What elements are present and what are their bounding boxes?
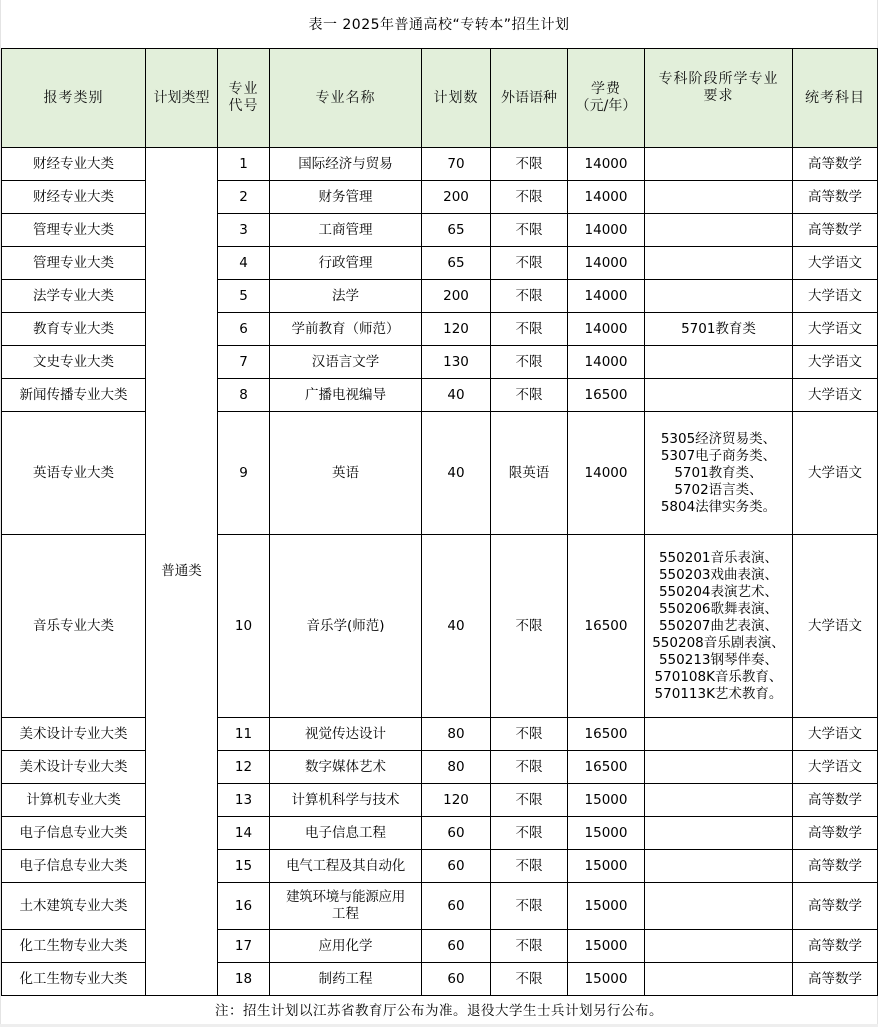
requirement-line: 5804法律实务类。 — [645, 499, 792, 516]
cell-code: 16 — [218, 883, 270, 930]
cell-requirement — [645, 817, 793, 850]
table-row: 教育专业大类 6 学前教育（师范） 120 不限 14000 5701教育类 大… — [2, 313, 878, 346]
cell-major: 制药工程 — [270, 963, 422, 996]
cell-language: 不限 — [491, 784, 568, 817]
requirement-line: 550201音乐表演、 — [645, 550, 792, 567]
cell-category: 英语专业大类 — [2, 412, 146, 535]
cell-quota: 60 — [422, 930, 491, 963]
requirement-line: 550208音乐剧表演、 — [645, 635, 792, 652]
cell-requirement — [645, 247, 793, 280]
cell-major: 国际经济与贸易 — [270, 148, 422, 181]
cell-quota: 130 — [422, 346, 491, 379]
cell-quota: 65 — [422, 247, 491, 280]
cell-exam: 大学语文 — [793, 313, 878, 346]
cell-category: 文史专业大类 — [2, 346, 146, 379]
cell-quota: 60 — [422, 883, 491, 930]
cell-code: 10 — [218, 535, 270, 718]
cell-exam: 高等数学 — [793, 883, 878, 930]
requirement-line: 550204表演艺术、 — [645, 584, 792, 601]
cell-language: 不限 — [491, 181, 568, 214]
cell-quota: 40 — [422, 379, 491, 412]
header-tuition: 学费 （元/年） — [568, 49, 645, 148]
cell-tuition: 14000 — [568, 313, 645, 346]
cell-requirement — [645, 148, 793, 181]
cell-quota: 80 — [422, 718, 491, 751]
cell-category: 教育专业大类 — [2, 313, 146, 346]
header-requirement-line-2: 要求 — [645, 88, 792, 105]
major-line-2: 工程 — [270, 906, 421, 923]
table-row: 文史专业大类 7 汉语言文学 130 不限 14000 大学语文 — [2, 346, 878, 379]
cell-category: 电子信息专业大类 — [2, 817, 146, 850]
requirement-line: 570108K音乐教育、 — [645, 669, 792, 686]
requirement-line: 570113K艺术教育。 — [645, 686, 792, 703]
cell-quota: 60 — [422, 963, 491, 996]
cell-major: 建筑环境与能源应用 工程 — [270, 883, 422, 930]
table-row: 化工生物专业大类 18 制药工程 60 不限 15000 高等数学 — [2, 963, 878, 996]
cell-category: 化工生物专业大类 — [2, 930, 146, 963]
cell-requirement — [645, 181, 793, 214]
table-row: 英语专业大类 9 英语 40 限英语 14000 5305经济贸易类、 5307… — [2, 412, 878, 535]
cell-major: 音乐学(师范) — [270, 535, 422, 718]
cell-exam: 大学语文 — [793, 280, 878, 313]
cell-exam: 高等数学 — [793, 148, 878, 181]
cell-exam: 大学语文 — [793, 412, 878, 535]
enrollment-plan-table: 报考类别 计划类型 专业 代号 专业名称 计划数 外语语种 学费 （元/年） 专… — [1, 48, 878, 996]
cell-language: 不限 — [491, 963, 568, 996]
cell-code: 6 — [218, 313, 270, 346]
cell-quota: 60 — [422, 817, 491, 850]
cell-requirement — [645, 280, 793, 313]
cell-quota: 65 — [422, 214, 491, 247]
cell-tuition: 14000 — [568, 181, 645, 214]
cell-category: 财经专业大类 — [2, 148, 146, 181]
cell-exam: 大学语文 — [793, 535, 878, 718]
cell-code: 8 — [218, 379, 270, 412]
cell-tuition: 16500 — [568, 535, 645, 718]
cell-exam: 高等数学 — [793, 784, 878, 817]
cell-code: 4 — [218, 247, 270, 280]
cell-exam: 高等数学 — [793, 963, 878, 996]
cell-code: 11 — [218, 718, 270, 751]
cell-major: 工商管理 — [270, 214, 422, 247]
cell-language: 不限 — [491, 883, 568, 930]
cell-category: 新闻传播专业大类 — [2, 379, 146, 412]
cell-language: 不限 — [491, 817, 568, 850]
cell-quota: 200 — [422, 181, 491, 214]
requirement-line: 550207曲艺表演、 — [645, 618, 792, 635]
cell-code: 17 — [218, 930, 270, 963]
cell-tuition: 16500 — [568, 718, 645, 751]
cell-exam: 高等数学 — [793, 181, 878, 214]
cell-tuition: 15000 — [568, 817, 645, 850]
cell-quota: 40 — [422, 412, 491, 535]
cell-tuition: 16500 — [568, 751, 645, 784]
cell-exam: 大学语文 — [793, 346, 878, 379]
cell-category: 计算机专业大类 — [2, 784, 146, 817]
cell-requirement — [645, 883, 793, 930]
cell-language: 不限 — [491, 247, 568, 280]
cell-category: 美术设计专业大类 — [2, 718, 146, 751]
requirement-line: 550203戏曲表演、 — [645, 567, 792, 584]
cell-requirement — [645, 718, 793, 751]
cell-category: 管理专业大类 — [2, 214, 146, 247]
cell-requirement — [645, 346, 793, 379]
cell-category: 化工生物专业大类 — [2, 963, 146, 996]
requirement-line: 5701教育类、 — [645, 465, 792, 482]
cell-category: 管理专业大类 — [2, 247, 146, 280]
cell-language: 不限 — [491, 346, 568, 379]
cell-requirement: 550201音乐表演、 550203戏曲表演、 550204表演艺术、 5502… — [645, 535, 793, 718]
cell-category: 法学专业大类 — [2, 280, 146, 313]
cell-requirement — [645, 751, 793, 784]
cell-major: 计算机科学与技术 — [270, 784, 422, 817]
cell-code: 2 — [218, 181, 270, 214]
cell-language: 不限 — [491, 751, 568, 784]
footer-note: 注：招生计划以江苏省教育厅公布为准。退役大学生士兵计划另行公布。 — [0, 994, 878, 1024]
header-tuition-line-1: 学费 — [568, 81, 644, 98]
cell-language: 不限 — [491, 214, 568, 247]
cell-code: 14 — [218, 817, 270, 850]
cell-language: 不限 — [491, 850, 568, 883]
header-row: 报考类别 计划类型 专业 代号 专业名称 计划数 外语语种 学费 （元/年） 专… — [2, 49, 878, 148]
cell-quota: 70 — [422, 148, 491, 181]
cell-quota: 80 — [422, 751, 491, 784]
table-row: 管理专业大类 3 工商管理 65 不限 14000 高等数学 — [2, 214, 878, 247]
cell-requirement — [645, 214, 793, 247]
cell-exam: 高等数学 — [793, 930, 878, 963]
table-row: 美术设计专业大类 11 视觉传达设计 80 不限 16500 大学语文 — [2, 718, 878, 751]
table-row: 电子信息专业大类 15 电气工程及其自动化 60 不限 15000 高等数学 — [2, 850, 878, 883]
cell-major: 应用化学 — [270, 930, 422, 963]
cell-language: 不限 — [491, 535, 568, 718]
requirement-line: 5702语言类、 — [645, 482, 792, 499]
header-quota: 计划数 — [422, 49, 491, 148]
cell-code: 5 — [218, 280, 270, 313]
cell-tuition: 14000 — [568, 412, 645, 535]
cell-tuition: 15000 — [568, 930, 645, 963]
cell-quota: 40 — [422, 535, 491, 718]
cell-language: 限英语 — [491, 412, 568, 535]
cell-major: 行政管理 — [270, 247, 422, 280]
cell-major: 汉语言文学 — [270, 346, 422, 379]
cell-requirement — [645, 850, 793, 883]
table-row: 电子信息专业大类 14 电子信息工程 60 不限 15000 高等数学 — [2, 817, 878, 850]
cell-tuition: 14000 — [568, 280, 645, 313]
header-code: 专业 代号 — [218, 49, 270, 148]
cell-requirement — [645, 784, 793, 817]
table-row: 计算机专业大类 13 计算机科学与技术 120 不限 15000 高等数学 — [2, 784, 878, 817]
header-code-line-1: 专业 — [218, 81, 269, 98]
cell-exam: 大学语文 — [793, 379, 878, 412]
table-row: 法学专业大类 5 法学 200 不限 14000 大学语文 — [2, 280, 878, 313]
cell-requirement — [645, 963, 793, 996]
cell-tuition: 15000 — [568, 883, 645, 930]
cell-category: 电子信息专业大类 — [2, 850, 146, 883]
table-row: 管理专业大类 4 行政管理 65 不限 14000 大学语文 — [2, 247, 878, 280]
cell-exam: 大学语文 — [793, 247, 878, 280]
table-row: 财经专业大类 2 财务管理 200 不限 14000 高等数学 — [2, 181, 878, 214]
table-row: 音乐专业大类 10 音乐学(师范) 40 不限 16500 550201音乐表演… — [2, 535, 878, 718]
cell-major: 数字媒体艺术 — [270, 751, 422, 784]
cell-code: 9 — [218, 412, 270, 535]
cell-tuition: 14000 — [568, 247, 645, 280]
cell-language: 不限 — [491, 280, 568, 313]
cell-code: 18 — [218, 963, 270, 996]
cell-major: 财务管理 — [270, 181, 422, 214]
cell-requirement: 5305经济贸易类、 5307电子商务类、 5701教育类、 5702语言类、 … — [645, 412, 793, 535]
cell-category: 音乐专业大类 — [2, 535, 146, 718]
cell-major: 学前教育（师范） — [270, 313, 422, 346]
cell-requirement — [645, 379, 793, 412]
header-tuition-line-2: （元/年） — [568, 98, 644, 115]
header-major: 专业名称 — [270, 49, 422, 148]
cell-category: 土木建筑专业大类 — [2, 883, 146, 930]
table-row: 财经专业大类 普通类 1 国际经济与贸易 70 不限 14000 高等数学 — [2, 148, 878, 181]
cell-language: 不限 — [491, 718, 568, 751]
cell-code: 15 — [218, 850, 270, 883]
cell-quota: 200 — [422, 280, 491, 313]
cell-language: 不限 — [491, 930, 568, 963]
requirement-line: 5701教育类 — [645, 321, 792, 338]
cell-tuition: 14000 — [568, 148, 645, 181]
cell-exam: 大学语文 — [793, 718, 878, 751]
cell-exam: 高等数学 — [793, 214, 878, 247]
cell-tuition: 16500 — [568, 379, 645, 412]
cell-major: 英语 — [270, 412, 422, 535]
cell-exam: 高等数学 — [793, 850, 878, 883]
cell-language: 不限 — [491, 148, 568, 181]
requirement-line: 5305经济贸易类、 — [645, 431, 792, 448]
cell-tuition: 15000 — [568, 850, 645, 883]
cell-exam: 大学语文 — [793, 751, 878, 784]
cell-tuition: 15000 — [568, 784, 645, 817]
header-code-line-2: 代号 — [218, 98, 269, 115]
table-row: 化工生物专业大类 17 应用化学 60 不限 15000 高等数学 — [2, 930, 878, 963]
cell-quota: 60 — [422, 850, 491, 883]
table-row: 土木建筑专业大类 16 建筑环境与能源应用 工程 60 不限 15000 高等数… — [2, 883, 878, 930]
cell-major: 广播电视编导 — [270, 379, 422, 412]
cell-tuition: 15000 — [568, 963, 645, 996]
table-row: 美术设计专业大类 12 数字媒体艺术 80 不限 16500 大学语文 — [2, 751, 878, 784]
cell-language: 不限 — [491, 313, 568, 346]
cell-plan-type-merged: 普通类 — [146, 148, 218, 996]
requirement-line: 550213钢琴伴奏、 — [645, 652, 792, 669]
requirement-line: 550206歌舞表演、 — [645, 601, 792, 618]
cell-major: 电气工程及其自动化 — [270, 850, 422, 883]
cell-code: 7 — [218, 346, 270, 379]
cell-code: 1 — [218, 148, 270, 181]
table-title: 表一 2025年普通高校“专转本”招生计划 — [0, 0, 878, 48]
cell-category: 美术设计专业大类 — [2, 751, 146, 784]
cell-tuition: 14000 — [568, 214, 645, 247]
cell-language: 不限 — [491, 379, 568, 412]
major-line-1: 建筑环境与能源应用 — [270, 889, 421, 906]
header-requirement-line-1: 专科阶段所学专业 — [645, 71, 792, 88]
header-requirement: 专科阶段所学专业 要求 — [645, 49, 793, 148]
header-category: 报考类别 — [2, 49, 146, 148]
table-row: 新闻传播专业大类 8 广播电视编导 40 不限 16500 大学语文 — [2, 379, 878, 412]
cell-requirement — [645, 930, 793, 963]
header-language: 外语语种 — [491, 49, 568, 148]
cell-code: 3 — [218, 214, 270, 247]
cell-code: 13 — [218, 784, 270, 817]
header-exam: 统考科目 — [793, 49, 878, 148]
cell-quota: 120 — [422, 313, 491, 346]
cell-quota: 120 — [422, 784, 491, 817]
header-plan-type: 计划类型 — [146, 49, 218, 148]
cell-major: 法学 — [270, 280, 422, 313]
cell-exam: 高等数学 — [793, 817, 878, 850]
cell-code: 12 — [218, 751, 270, 784]
requirement-line: 5307电子商务类、 — [645, 448, 792, 465]
cell-category: 财经专业大类 — [2, 181, 146, 214]
cell-requirement: 5701教育类 — [645, 313, 793, 346]
cell-major: 视觉传达设计 — [270, 718, 422, 751]
cell-tuition: 14000 — [568, 346, 645, 379]
cell-major: 电子信息工程 — [270, 817, 422, 850]
